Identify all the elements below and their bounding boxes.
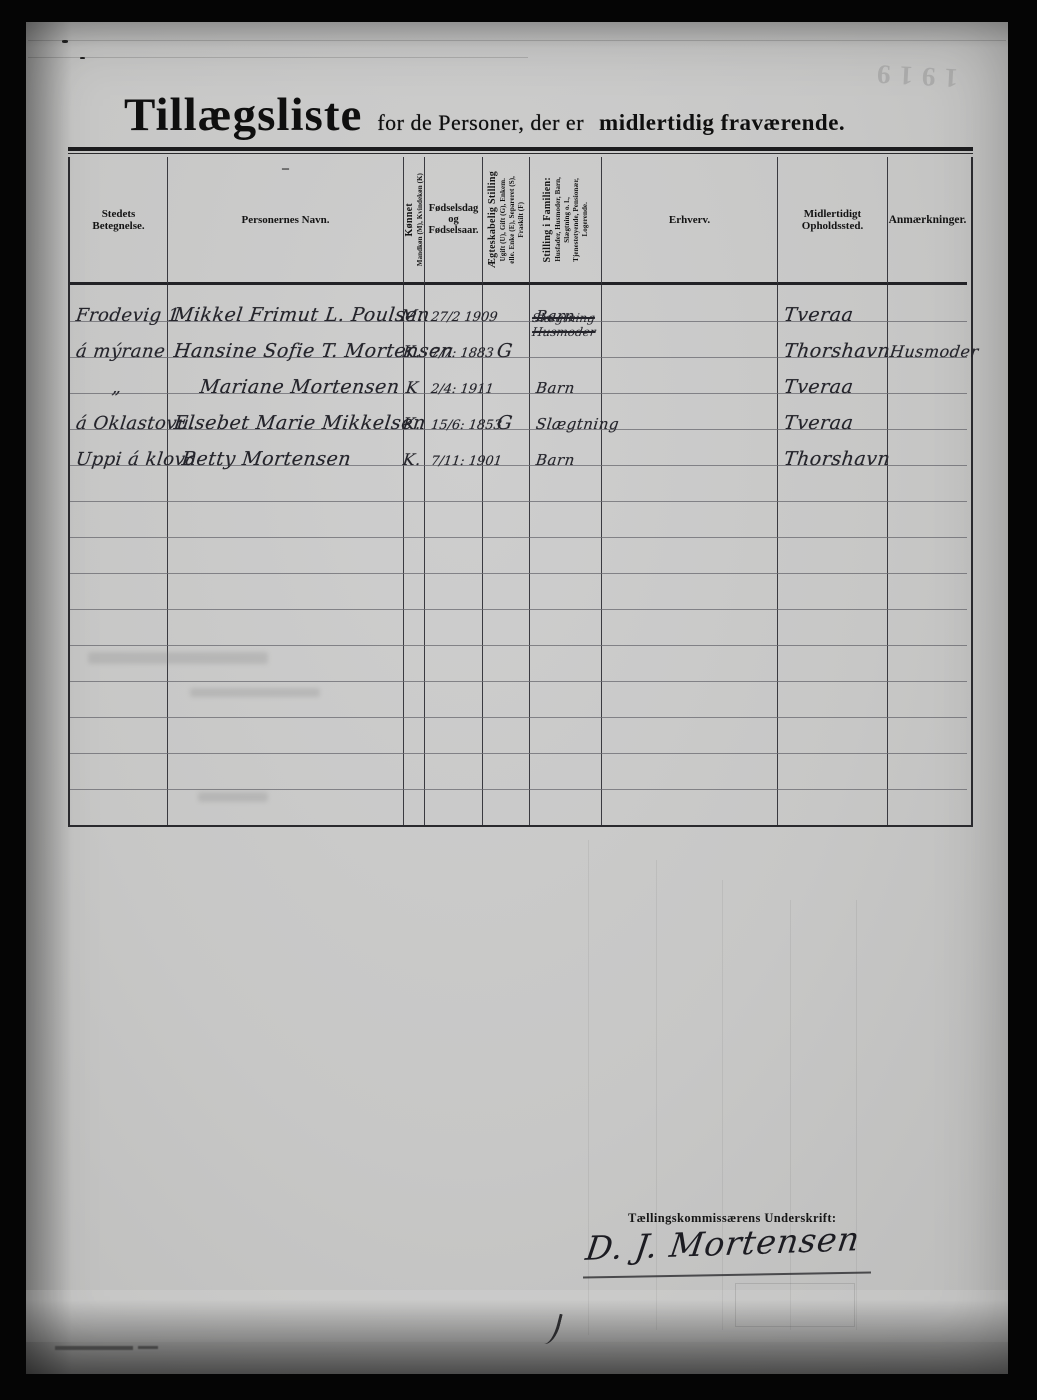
header-family-main: Stilling i Familien: [542, 177, 553, 262]
table-row-empty [70, 717, 971, 753]
header-place: Stedets Betegnelse. [70, 157, 168, 285]
bleed-box [735, 1283, 855, 1327]
header-remarks: Anmærkninger. [888, 157, 967, 285]
struck-entry: Husmoder [531, 326, 596, 340]
scan-speck [62, 40, 68, 43]
header-marital-main: Ægteskabelig Stilling [487, 171, 498, 268]
scan-artifact-line [28, 57, 528, 58]
ink-ghost [88, 652, 268, 664]
struck-entry: Slægtning [531, 312, 596, 326]
header-family-sub: Logerende. [581, 202, 589, 237]
printer-imprint [138, 1346, 158, 1349]
header-name: – Personernes Navn. [168, 157, 404, 285]
header-marital-sub: elle. Enke (E), Separeret (S), [508, 176, 516, 264]
title-subtitle: for de Personer, der er [377, 110, 584, 136]
header-family-sub: Tjenestetyende, Pensionær, [572, 178, 580, 262]
header-name-label: Personernes Navn. [242, 214, 330, 226]
header-sex: Kønnet Mandkøn (M), Kvindekøn (K) [404, 157, 425, 285]
header-marital: Ægteskabelig Stilling Ugift (U), Gift (G… [483, 157, 530, 285]
header-family-sub: Husfader, Husmoder, Barn, [554, 177, 562, 262]
printer-imprint [55, 1346, 133, 1350]
scan-shadow-bottom [26, 1300, 1008, 1374]
table-row: Uppi á klova Betty Mortensen K. 7/11: 19… [70, 429, 971, 465]
table-row-empty [70, 753, 971, 789]
table-row-empty [70, 537, 971, 573]
header-residence: Midlertidigt Opholdssted. [778, 157, 888, 285]
table-row-empty [70, 609, 971, 645]
ink-ghost [198, 792, 268, 802]
title-main: Tillægsliste [124, 88, 362, 142]
table-row: Frodevig 1 Mikkel Frimut L. Poulsen M. 2… [70, 285, 971, 321]
document-title: Tillægsliste for de Personer, der er mid… [124, 88, 845, 142]
table-row: „ Mariane Mortensen K 2/4: 1911 Barn Tve… [70, 357, 971, 393]
cell-family-struck: Slægtning Husmoder [532, 312, 595, 340]
table-header-row: Stedets Betegnelse. – Personernes Navn. … [70, 157, 971, 285]
header-occupation: Erhverv. [602, 157, 778, 285]
census-table: Stedets Betegnelse. – Personernes Navn. … [68, 157, 973, 827]
scan-shadow-left [26, 22, 72, 1374]
scan-speck [80, 57, 85, 59]
header-double-rule [68, 147, 973, 154]
table-row-empty [70, 573, 971, 609]
header-birth: Fødselsdag og Fødselsaar. [425, 157, 483, 285]
table-row-empty [70, 681, 971, 717]
header-sex-main: Kønnet [404, 203, 415, 236]
title-subtitle-bold: midlertidig fraværende. [599, 110, 845, 136]
table-row-empty [70, 501, 971, 537]
header-family-sub: Slægtning o. l., [563, 197, 571, 243]
header-family: Stilling i Familien: Husfader, Husmoder,… [530, 157, 602, 285]
faint-stamp: 1919 [867, 58, 958, 94]
header-marital-sub: Ugift (U), Gift (G), Enkem. [499, 178, 507, 261]
scanned-census-form: 1919 Tillægsliste for de Personer, der e… [0, 0, 1037, 1400]
table-row: á Oklastovu. Elsebet Marie Mikkelsen K. … [70, 393, 971, 429]
scan-shadow-top [26, 22, 1008, 48]
bleed-line [856, 900, 857, 1330]
table-row: á mýrane Hansine Sofie T. Mortensen K. 7… [70, 321, 971, 357]
header-marital-sub: Fraskilt (F) [517, 202, 525, 238]
header-name-dash: – [168, 161, 403, 177]
table-body: Frodevig 1 Mikkel Frimut L. Poulsen M. 2… [70, 285, 971, 825]
table-row-empty [70, 465, 971, 501]
scan-artifact-line [28, 40, 1006, 41]
bleed-line [790, 900, 791, 1330]
header-sex-sub: Mandkøn (M), Kvindekøn (K) [416, 173, 424, 266]
ink-ghost [190, 688, 320, 697]
